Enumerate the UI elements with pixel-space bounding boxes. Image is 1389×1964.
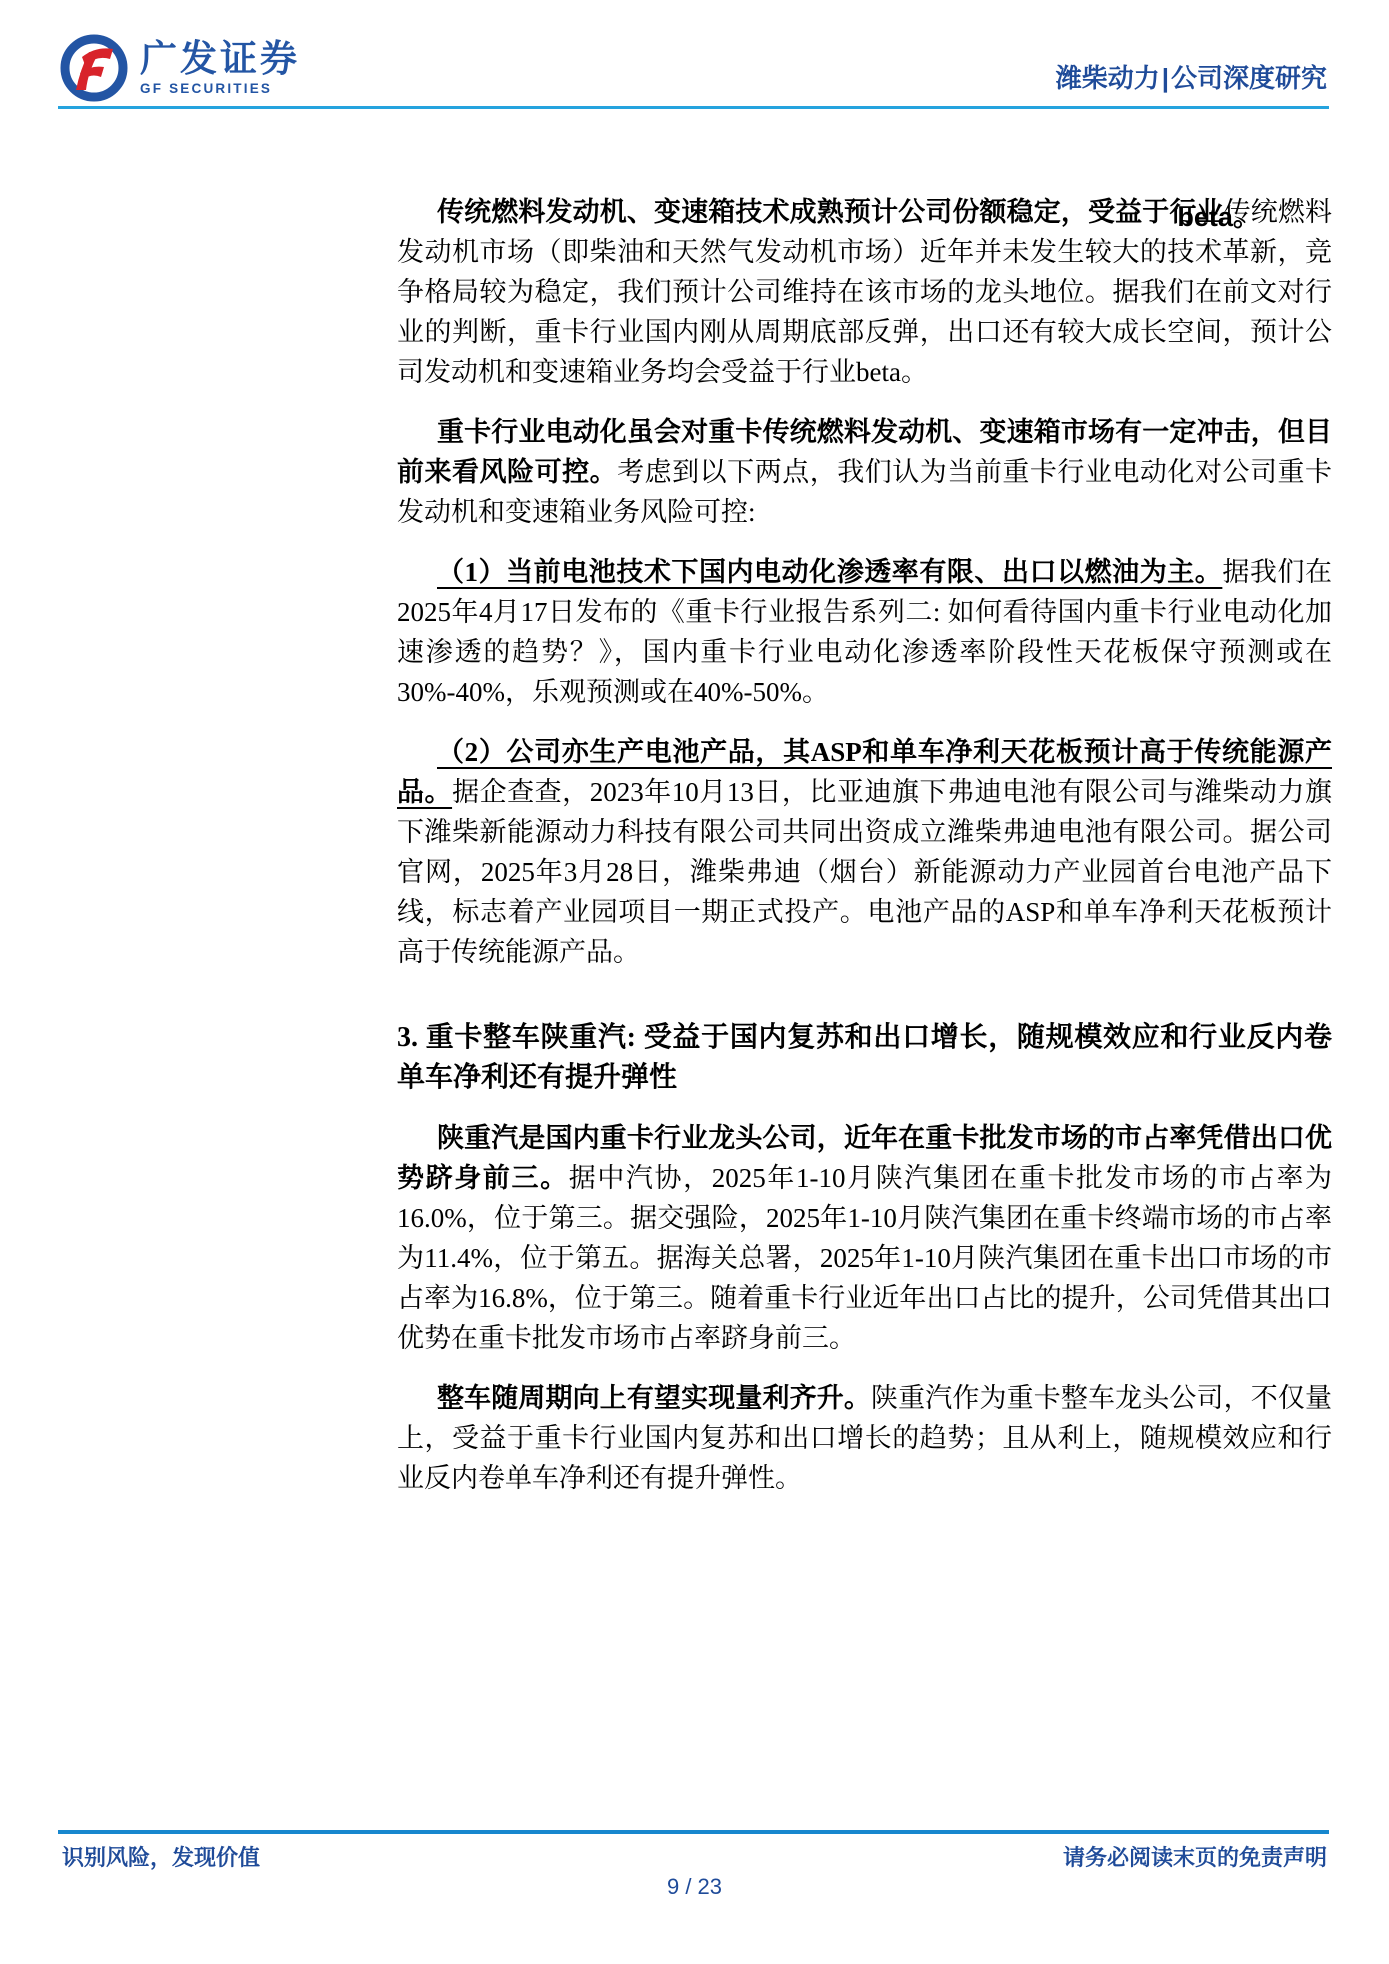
doc-title-subtitle: 公司深度研究 [1171, 63, 1327, 93]
paragraph-point-2: （2）公司亦生产电池产品，其ASP和单车净利天花板预计高于传统能源产品。据企查查… [397, 732, 1332, 972]
paragraph-point-1: （1）当前电池技术下国内电动化渗透率有限、出口以燃油为主。据我们在2025年4月… [397, 552, 1332, 712]
paragraph-traditional-engine: 传统燃料发动机、变速箱技术成熟预计公司份额稳定，受益于行业beta。传统燃料发动… [397, 192, 1332, 392]
gf-securities-logo: 广发证券 GF SECURITIES [58, 32, 300, 104]
p6-bold-lead: 整车随周期向上有望实现量利齐升。 [437, 1383, 871, 1413]
brand-text: 广发证券 GF SECURITIES [140, 40, 300, 97]
paragraph-volume-profit: 整车随周期向上有望实现量利齐升。陕重汽作为重卡整车龙头公司，不仅量上，受益于重卡… [397, 1378, 1332, 1498]
paragraph-shacman-share: 陕重汽是国内重卡行业龙头公司，近年在重卡批发市场的市占率凭借出口优势跻身前三。据… [397, 1118, 1332, 1358]
p4-body: 据企查查，2023年10月13日，比亚迪旗下弗迪电池有限公司与潍柴动力旗下潍柴新… [397, 777, 1332, 967]
paragraph-electrification-risk: 重卡行业电动化虽会对重卡传统燃料发动机、变速箱市场有一定冲击，但目前来看风险可控… [397, 412, 1332, 532]
page-number: 9 / 23 [0, 1874, 1389, 1900]
brand-name-en: GF SECURITIES [140, 81, 300, 96]
footer-slogan: 识别风险，发现价值 [62, 1841, 260, 1872]
doc-title-company: 潍柴动力 [1056, 63, 1160, 93]
header-rule [58, 106, 1329, 109]
document-title: 潍柴动力|公司深度研究 [1056, 58, 1327, 95]
brand-name-cn: 广发证券 [140, 40, 300, 79]
section-3-heading: 3. 重卡整车陕重汽: 受益于国内复苏和出口增长，随规模效应和行业反内卷单车净利… [397, 1018, 1332, 1098]
footer-rule [58, 1830, 1329, 1834]
gf-logo-icon [58, 32, 130, 104]
p1-overlap-beta: beta。 [1137, 197, 1260, 237]
report-body: 传统燃料发动机、变速箱技术成熟预计公司份额稳定，受益于行业beta。传统燃料发动… [397, 192, 1332, 1518]
p1-bold-lead: 传统燃料发动机、变速箱技术成熟预计公司份额稳定，受益 [437, 197, 1142, 227]
report-page: 广发证券 GF SECURITIES 潍柴动力|公司深度研究 传统燃料发动机、变… [0, 0, 1389, 1964]
doc-title-separator: | [1160, 63, 1171, 93]
footer-disclaimer-notice: 请务必阅读末页的免责声明 [1063, 1841, 1327, 1872]
p1-overlap-artifact: 于行业beta。 [1142, 197, 1223, 227]
p3-bold-underline-lead: （1）当前电池技术下国内电动化渗透率有限、出口以燃油为主。 [437, 557, 1222, 587]
